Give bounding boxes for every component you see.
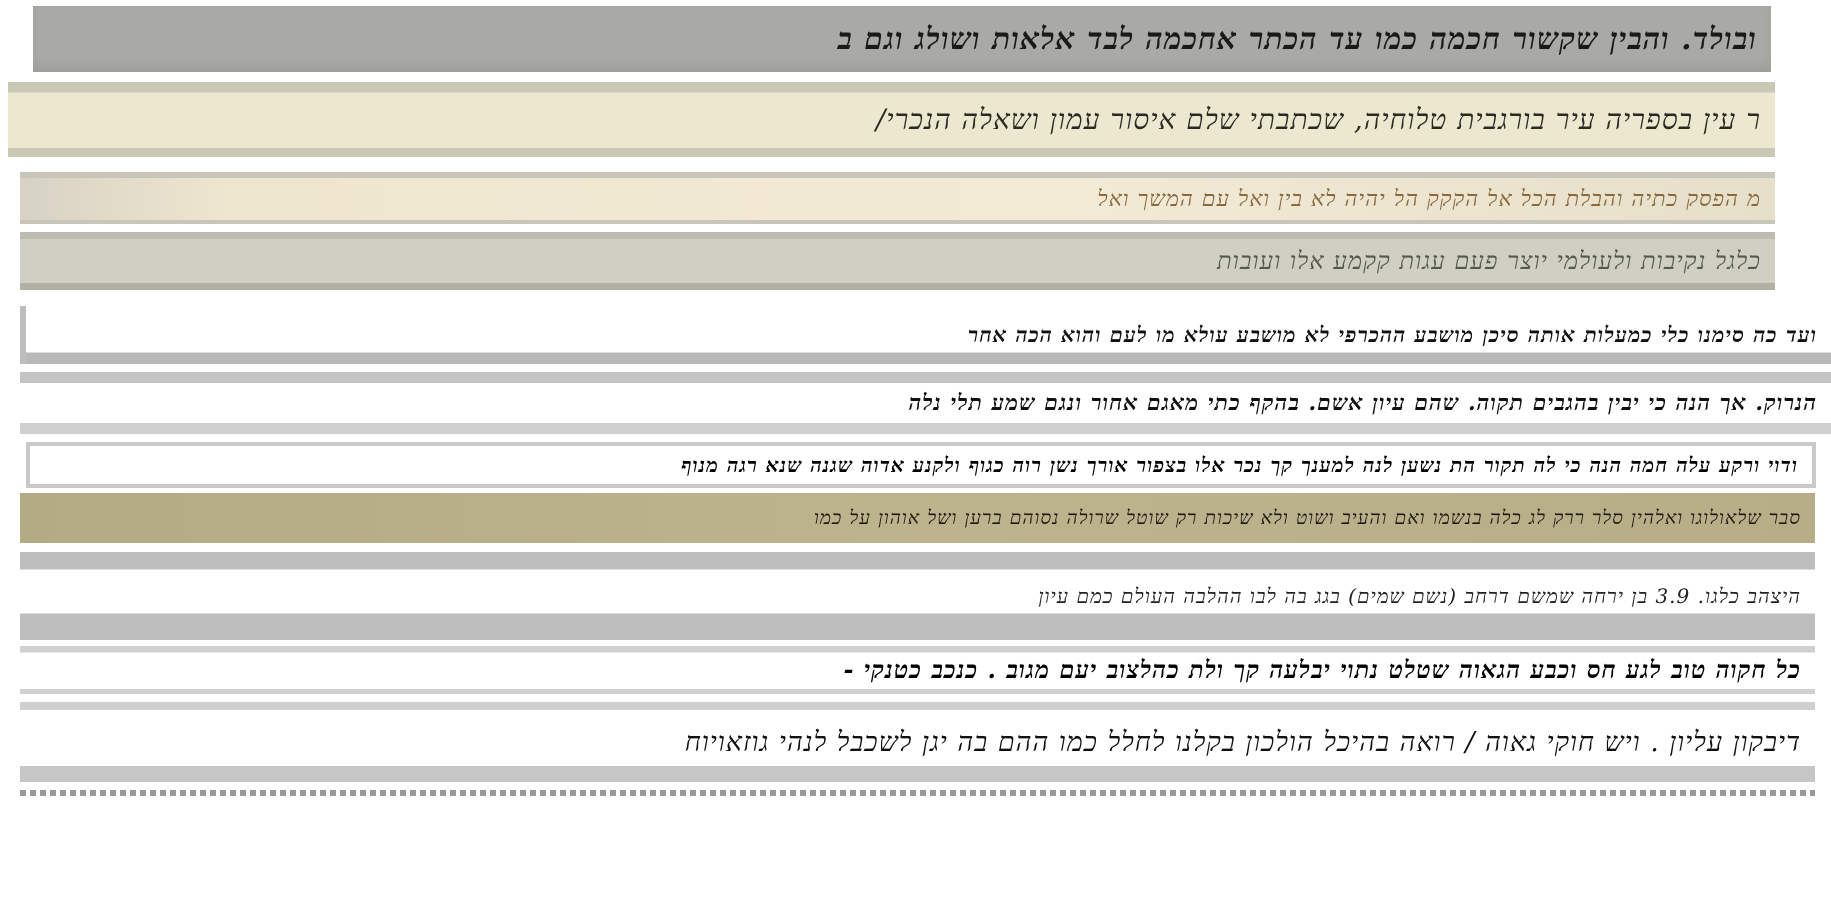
bottom-edge: [20, 790, 1815, 796]
manuscript-line-1-text: ובולד. והבין שקשור חכמה כמו עד הכתר אחכמ…: [47, 22, 1757, 57]
manuscript-line-9-text: היצהב כלגו. 3.9 בן ירחה שמשם דרחב (נשם ש…: [34, 584, 1801, 609]
manuscript-line-2-text: ר עין בספריה עיר בורגבית טלוחיה, שכתבתי …: [22, 103, 1761, 137]
manuscript-line-7-text: ודוי ורקע עלה חמה הנה כי לה תקור הת נשען…: [44, 453, 1798, 478]
manuscript-line-3: מ הפסק כתיה והבלת הכל אל הקקק הל יהיה לא…: [20, 172, 1775, 224]
manuscript-line-10-text: כל חקוה טוב לגע חס וכבע הגאוה שטלט נתוי …: [34, 655, 1801, 685]
manuscript-line-6: הנרוק. אך הנה כי יבין בהגבים תקוה. שהם ע…: [20, 372, 1831, 434]
manuscript-line-8: סבר שלאולוגו ואלהין סלר ררק לג כלה בנשמו…: [20, 493, 1815, 543]
manuscript-line-8-text: סבר שלאולוגו ואלהין סלר ררק לג כלה בנשמו…: [34, 507, 1801, 530]
manuscript-line-5: ועד כה סימנו כלי כמעלות אותה סיכן מושבע …: [20, 306, 1831, 364]
manuscript-line-11: דיבקון עליון . ויש חוקי גאוה / רואה בהיכ…: [20, 702, 1815, 782]
manuscript-line-4: כלגל נקיבות ולעולמי יוצר פעם עגות קקמע א…: [20, 232, 1775, 290]
manuscript-line-2: ר עין בספריה עיר בורגבית טלוחיה, שכתבתי …: [8, 82, 1775, 157]
manuscript-line-7: ודוי ורקע עלה חמה הנה כי לה תקור הת נשען…: [26, 442, 1816, 488]
manuscript-line-5-text: ועד כה סימנו כלי כמעלות אותה סיכן מושבע …: [40, 322, 1817, 348]
manuscript-line-6-text: הנרוק. אך הנה כי יבין בהגבים תקוה. שהם ע…: [34, 390, 1817, 416]
manuscript-line-10: כל חקוה טוב לגע חס וכבע הגאוה שטלט נתוי …: [20, 646, 1815, 694]
manuscript-line-4-text: כלגל נקיבות ולעולמי יוצר פעם עגות קקמע א…: [34, 247, 1761, 276]
manuscript-line-1: ובולד. והבין שקשור חכמה כמו עד הכתר אחכמ…: [33, 6, 1771, 72]
manuscript-line-9: היצהב כלגו. 3.9 בן ירחה שמשם דרחב (נשם ש…: [20, 552, 1815, 640]
manuscript-line-11-text: דיבקון עליון . ויש חוקי גאוה / רואה בהיכ…: [34, 727, 1801, 758]
manuscript-line-3-text: מ הפסק כתיה והבלת הכל אל הקקק הל יהיה לא…: [34, 186, 1761, 212]
